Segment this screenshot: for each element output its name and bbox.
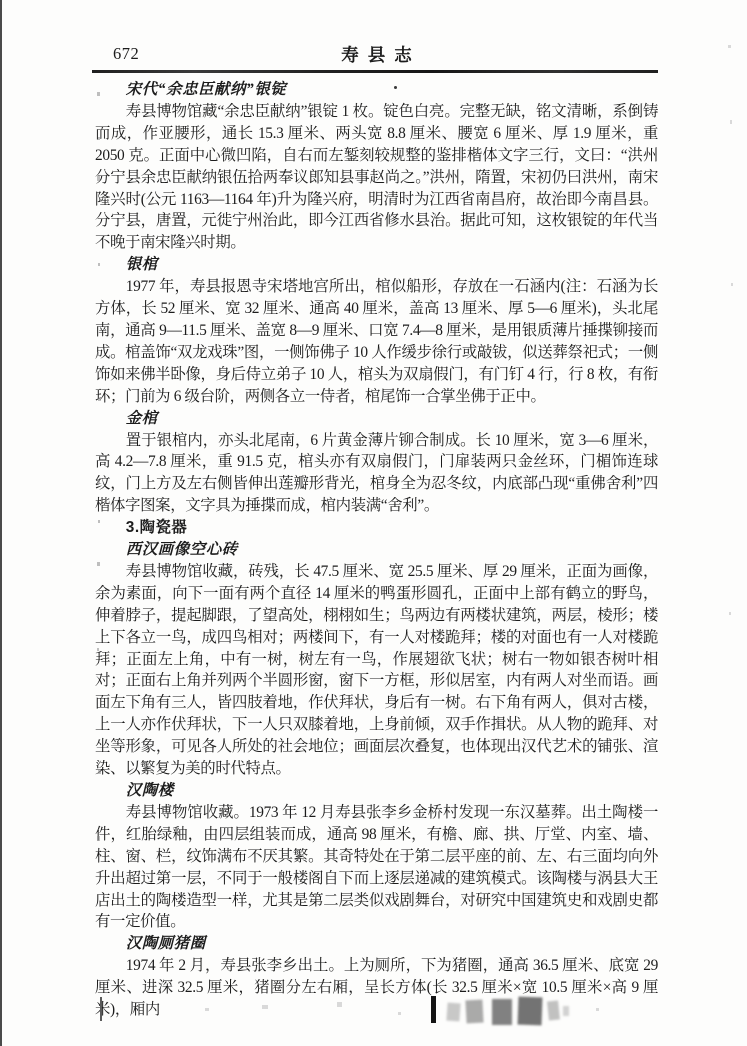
header-rule	[92, 70, 658, 73]
scan-speck	[97, 562, 100, 566]
section-heading-han-pottery-tower: 汉陶楼	[95, 780, 658, 802]
paragraph-silver-ingot: 寿县博物馆藏“余忠臣献纳”银锭 1 枚。锭色白亮。完整无缺，铭文清晰，系倒铸而成…	[95, 101, 658, 254]
scan-speck	[728, 45, 731, 48]
scan-speck	[337, 1002, 342, 1007]
scan-smudge	[446, 1003, 460, 1022]
scan-speck	[398, 1012, 401, 1015]
scan-speck	[730, 120, 732, 124]
section-heading-han-pottery-pigsty: 汉陶厕猪圈	[95, 933, 658, 955]
paragraph-gold-coffin: 置于银棺内，亦头北尾南，6 片黄金薄片铆合制成。长 10 厘米，宽 3—6 厘米…	[95, 430, 658, 518]
book-title: 寿县志	[95, 42, 658, 67]
scan-ink-bar	[431, 996, 436, 1023]
paragraph-han-pottery-tower: 寿县博物馆收藏。1973 年 12 月寿县张李乡金桥村发现一东汉墓葬。出土陶楼一…	[95, 802, 658, 933]
scan-smudge	[465, 1000, 483, 1024]
scan-speck	[98, 398, 101, 401]
scan-smudge	[547, 1000, 560, 1020]
scan-speck	[97, 648, 99, 651]
section-heading-song-silver-ingot: 宋代“余忠臣献纳”银锭	[95, 79, 658, 101]
scan-binding-edge	[0, 0, 2, 1046]
scan-speck	[596, 1008, 599, 1011]
page-header: 672 寿县志	[95, 42, 658, 66]
page-content: 宋代“余忠臣献纳”银锭 寿县博物馆藏“余忠臣献纳”银锭 1 枚。锭色白亮。完整无…	[95, 79, 658, 1021]
scan-speck	[97, 836, 100, 841]
scan-speck	[731, 283, 733, 286]
scan-smudge	[563, 1006, 569, 1016]
section-heading-gold-coffin: 金棺	[95, 408, 658, 430]
scan-speck	[97, 92, 100, 96]
paragraph-han-pottery-pigsty: 1974 年 2 月，寿县张李乡出土。上为厕所，下为猪圈，通高 36.5 厘米、…	[95, 955, 658, 1021]
section-heading-han-hollow-brick: 西汉画像空心砖	[95, 539, 658, 561]
scan-speck	[205, 1008, 209, 1011]
scan-speck	[98, 137, 100, 140]
paragraph-han-hollow-brick: 寿县博物馆收藏，砖残，长 47.5 厘米、宽 25.5 厘米、厚 29 厘米，正…	[95, 561, 658, 780]
section-heading-silver-coffin: 银棺	[95, 254, 658, 276]
scan-smudge	[518, 997, 543, 1026]
scanned-book-page: 672 寿县志 宋代“余忠臣献纳”银锭 寿县博物馆藏“余忠臣献纳”银锭 1 枚。…	[0, 0, 747, 1046]
scan-vertical-line	[100, 997, 102, 1021]
scan-speck	[98, 770, 101, 774]
scan-smudge	[492, 999, 512, 1025]
scan-speck	[98, 520, 100, 523]
scan-speck	[262, 1005, 268, 1009]
scan-speck	[97, 352, 99, 356]
scan-speck	[97, 176, 100, 181]
scan-dot	[394, 86, 397, 89]
paragraph-silver-coffin: 1977 年，寿县报恩寺宋塔地宫所出，棺似船形，存放在一石涵内(注：石涵为长方体…	[95, 276, 658, 407]
scan-speck	[98, 263, 100, 266]
scan-speck	[97, 480, 100, 484]
section-heading-ceramics: 3.陶瓷器	[95, 517, 658, 539]
scan-speck	[729, 612, 731, 615]
